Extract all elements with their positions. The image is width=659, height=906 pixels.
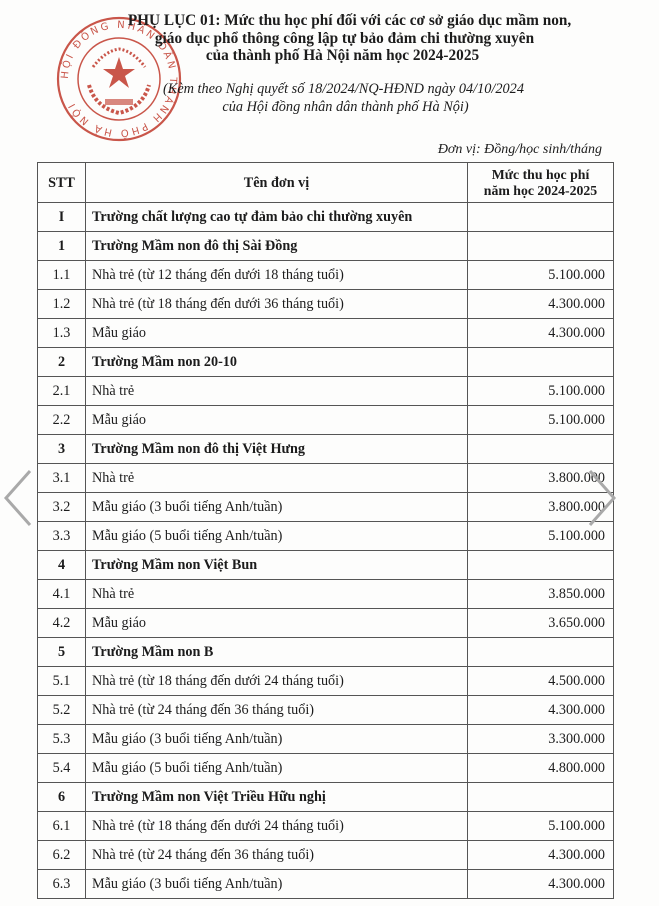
subtitle-line-1: (Kèm theo Nghị quyết số 18/2024/NQ-HĐND … <box>0 80 659 98</box>
cell-fee: 3.850.000 <box>468 580 614 609</box>
cell-fee: 3.300.000 <box>468 725 614 754</box>
document-subtitle: (Kèm theo Nghị quyết số 18/2024/NQ-HĐND … <box>0 80 659 116</box>
cell-stt: 5.4 <box>38 754 86 783</box>
chevron-left-icon <box>0 463 40 533</box>
cell-fee: 4.300.000 <box>468 841 614 870</box>
cell-name: Nhà trẻ <box>86 464 468 493</box>
unit-note: Đơn vị: Đồng/học sinh/tháng <box>438 142 602 158</box>
table-row: 3.1Nhà trẻ3.800.000 <box>38 464 614 493</box>
table-row: 2.2Mẫu giáo5.100.000 <box>38 406 614 435</box>
cell-name: Mẫu giáo (3 buổi tiếng Anh/tuần) <box>86 725 468 754</box>
table-group-row: 4Trường Mầm non Việt Bun <box>38 551 614 580</box>
cell-fee: 4.500.000 <box>468 667 614 696</box>
table-row: 6.1Nhà trẻ (từ 18 tháng đến dưới 24 thán… <box>38 812 614 841</box>
subtitle-line-2: của Hội đồng nhân dân thành phố Hà Nội) <box>0 98 659 116</box>
cell-name: Trường chất lượng cao tự đảm bảo chi thư… <box>86 203 468 232</box>
header-name: Tên đơn vị <box>86 163 468 203</box>
table-group-row: 2Trường Mầm non 20-10 <box>38 348 614 377</box>
cell-fee: 4.300.000 <box>468 290 614 319</box>
cell-stt: 4 <box>38 551 86 580</box>
cell-fee <box>468 348 614 377</box>
cell-name: Trường Mầm non 20-10 <box>86 348 468 377</box>
cell-name: Mẫu giáo (3 buổi tiếng Anh/tuần) <box>86 493 468 522</box>
header-fee-line-1: Mức thu học phí <box>474 167 607 183</box>
cell-name: Trường Mầm non đô thị Sài Đồng <box>86 232 468 261</box>
cell-name: Trường Mầm non Việt Bun <box>86 551 468 580</box>
table-body: ITrường chất lượng cao tự đảm bảo chi th… <box>38 203 614 899</box>
cell-stt: 1.1 <box>38 261 86 290</box>
cell-stt: 3.3 <box>38 522 86 551</box>
cell-fee <box>468 232 614 261</box>
table-row: 5.1Nhà trẻ (từ 18 tháng đến dưới 24 thán… <box>38 667 614 696</box>
cell-name: Mẫu giáo <box>86 406 468 435</box>
table-row: 1.1Nhà trẻ (từ 12 tháng đến dưới 18 thán… <box>38 261 614 290</box>
cell-name: Mẫu giáo <box>86 609 468 638</box>
cell-fee <box>468 551 614 580</box>
cell-fee: 5.100.000 <box>468 406 614 435</box>
table-group-row: 5Trường Mầm non B <box>38 638 614 667</box>
header-fee-line-2: năm học 2024-2025 <box>474 183 607 199</box>
cell-stt: 5.2 <box>38 696 86 725</box>
cell-fee: 4.300.000 <box>468 870 614 899</box>
cell-stt: 6 <box>38 783 86 812</box>
table-row: 5.2Nhà trẻ (từ 24 tháng đến 36 tháng tuổ… <box>38 696 614 725</box>
table-group-row: 1Trường Mầm non đô thị Sài Đồng <box>38 232 614 261</box>
title-line-2: giáo dục phổ thông công lập tự bảo đảm c… <box>0 30 659 48</box>
cell-name: Nhà trẻ (từ 18 tháng đến dưới 36 tháng t… <box>86 290 468 319</box>
cell-stt: 3.1 <box>38 464 86 493</box>
cell-name: Trường Mầm non Việt Triều Hữu nghị <box>86 783 468 812</box>
header-fee: Mức thu học phí năm học 2024-2025 <box>468 163 614 203</box>
cell-name: Mẫu giáo (5 buổi tiếng Anh/tuần) <box>86 754 468 783</box>
cell-name: Nhà trẻ (từ 18 tháng đến dưới 24 tháng t… <box>86 667 468 696</box>
table-row: 5.4Mẫu giáo (5 buổi tiếng Anh/tuần)4.800… <box>38 754 614 783</box>
cell-stt: 5.1 <box>38 667 86 696</box>
cell-fee <box>468 203 614 232</box>
cell-fee <box>468 435 614 464</box>
cell-name: Nhà trẻ (từ 12 tháng đến dưới 18 tháng t… <box>86 261 468 290</box>
cell-stt: 3.2 <box>38 493 86 522</box>
cell-fee: 4.800.000 <box>468 754 614 783</box>
table-group-row: 3Trường Mầm non đô thị Việt Hưng <box>38 435 614 464</box>
previous-button[interactable] <box>0 463 40 533</box>
cell-fee <box>468 638 614 667</box>
cell-name: Nhà trẻ (từ 24 tháng đến 36 tháng tuổi) <box>86 841 468 870</box>
fee-table: STT Tên đơn vị Mức thu học phí năm học 2… <box>37 162 614 899</box>
cell-stt: 2.1 <box>38 377 86 406</box>
chevron-right-icon <box>580 463 620 533</box>
table-row: 1.2Nhà trẻ (từ 18 tháng đến dưới 36 thán… <box>38 290 614 319</box>
cell-stt: 4.1 <box>38 580 86 609</box>
cell-name: Mẫu giáo <box>86 319 468 348</box>
table-row: 3.2Mẫu giáo (3 buổi tiếng Anh/tuần)3.800… <box>38 493 614 522</box>
cell-name: Mẫu giáo (3 buổi tiếng Anh/tuần) <box>86 870 468 899</box>
cell-stt: 3 <box>38 435 86 464</box>
cell-name: Nhà trẻ <box>86 377 468 406</box>
table-row: 4.2Mẫu giáo3.650.000 <box>38 609 614 638</box>
cell-stt: 1.3 <box>38 319 86 348</box>
cell-stt: 2 <box>38 348 86 377</box>
document-title: PHỤ LỤC 01: Mức thu học phí đối với các … <box>0 12 659 65</box>
table-header-row: STT Tên đơn vị Mức thu học phí năm học 2… <box>38 163 614 203</box>
cell-stt: 6.1 <box>38 812 86 841</box>
cell-stt: 6.3 <box>38 870 86 899</box>
cell-name: Nhà trẻ (từ 18 tháng đến dưới 24 tháng t… <box>86 812 468 841</box>
cell-stt: I <box>38 203 86 232</box>
cell-stt: 2.2 <box>38 406 86 435</box>
table-row: 5.3Mẫu giáo (3 buổi tiếng Anh/tuần)3.300… <box>38 725 614 754</box>
cell-fee: 4.300.000 <box>468 696 614 725</box>
cell-fee: 3.650.000 <box>468 609 614 638</box>
cell-name: Nhà trẻ <box>86 580 468 609</box>
cell-fee: 5.100.000 <box>468 377 614 406</box>
cell-name: Trường Mầm non đô thị Việt Hưng <box>86 435 468 464</box>
cell-stt: 5.3 <box>38 725 86 754</box>
cell-stt: 1.2 <box>38 290 86 319</box>
cell-fee: 5.100.000 <box>468 812 614 841</box>
cell-stt: 6.2 <box>38 841 86 870</box>
cell-fee: 4.300.000 <box>468 319 614 348</box>
cell-name: Mẫu giáo (5 buổi tiếng Anh/tuần) <box>86 522 468 551</box>
cell-stt: 4.2 <box>38 609 86 638</box>
cell-fee <box>468 783 614 812</box>
next-button[interactable] <box>580 463 620 533</box>
title-line-3: của thành phố Hà Nội năm học 2024-2025 <box>0 47 659 65</box>
table-row: 1.3Mẫu giáo4.300.000 <box>38 319 614 348</box>
table-group-row: 6Trường Mầm non Việt Triều Hữu nghị <box>38 783 614 812</box>
title-line-1: PHỤ LỤC 01: Mức thu học phí đối với các … <box>0 12 659 30</box>
table-row: 6.2Nhà trẻ (từ 24 tháng đến 36 tháng tuổ… <box>38 841 614 870</box>
table-group-row: ITrường chất lượng cao tự đảm bảo chi th… <box>38 203 614 232</box>
cell-stt: 1 <box>38 232 86 261</box>
table-row: 4.1Nhà trẻ3.850.000 <box>38 580 614 609</box>
cell-fee: 5.100.000 <box>468 261 614 290</box>
table-row: 3.3Mẫu giáo (5 buổi tiếng Anh/tuần)5.100… <box>38 522 614 551</box>
header-stt: STT <box>38 163 86 203</box>
cell-stt: 5 <box>38 638 86 667</box>
table-row: 2.1Nhà trẻ5.100.000 <box>38 377 614 406</box>
cell-name: Trường Mầm non B <box>86 638 468 667</box>
table-row: 6.3Mẫu giáo (3 buổi tiếng Anh/tuần)4.300… <box>38 870 614 899</box>
cell-name: Nhà trẻ (từ 24 tháng đến 36 tháng tuổi) <box>86 696 468 725</box>
